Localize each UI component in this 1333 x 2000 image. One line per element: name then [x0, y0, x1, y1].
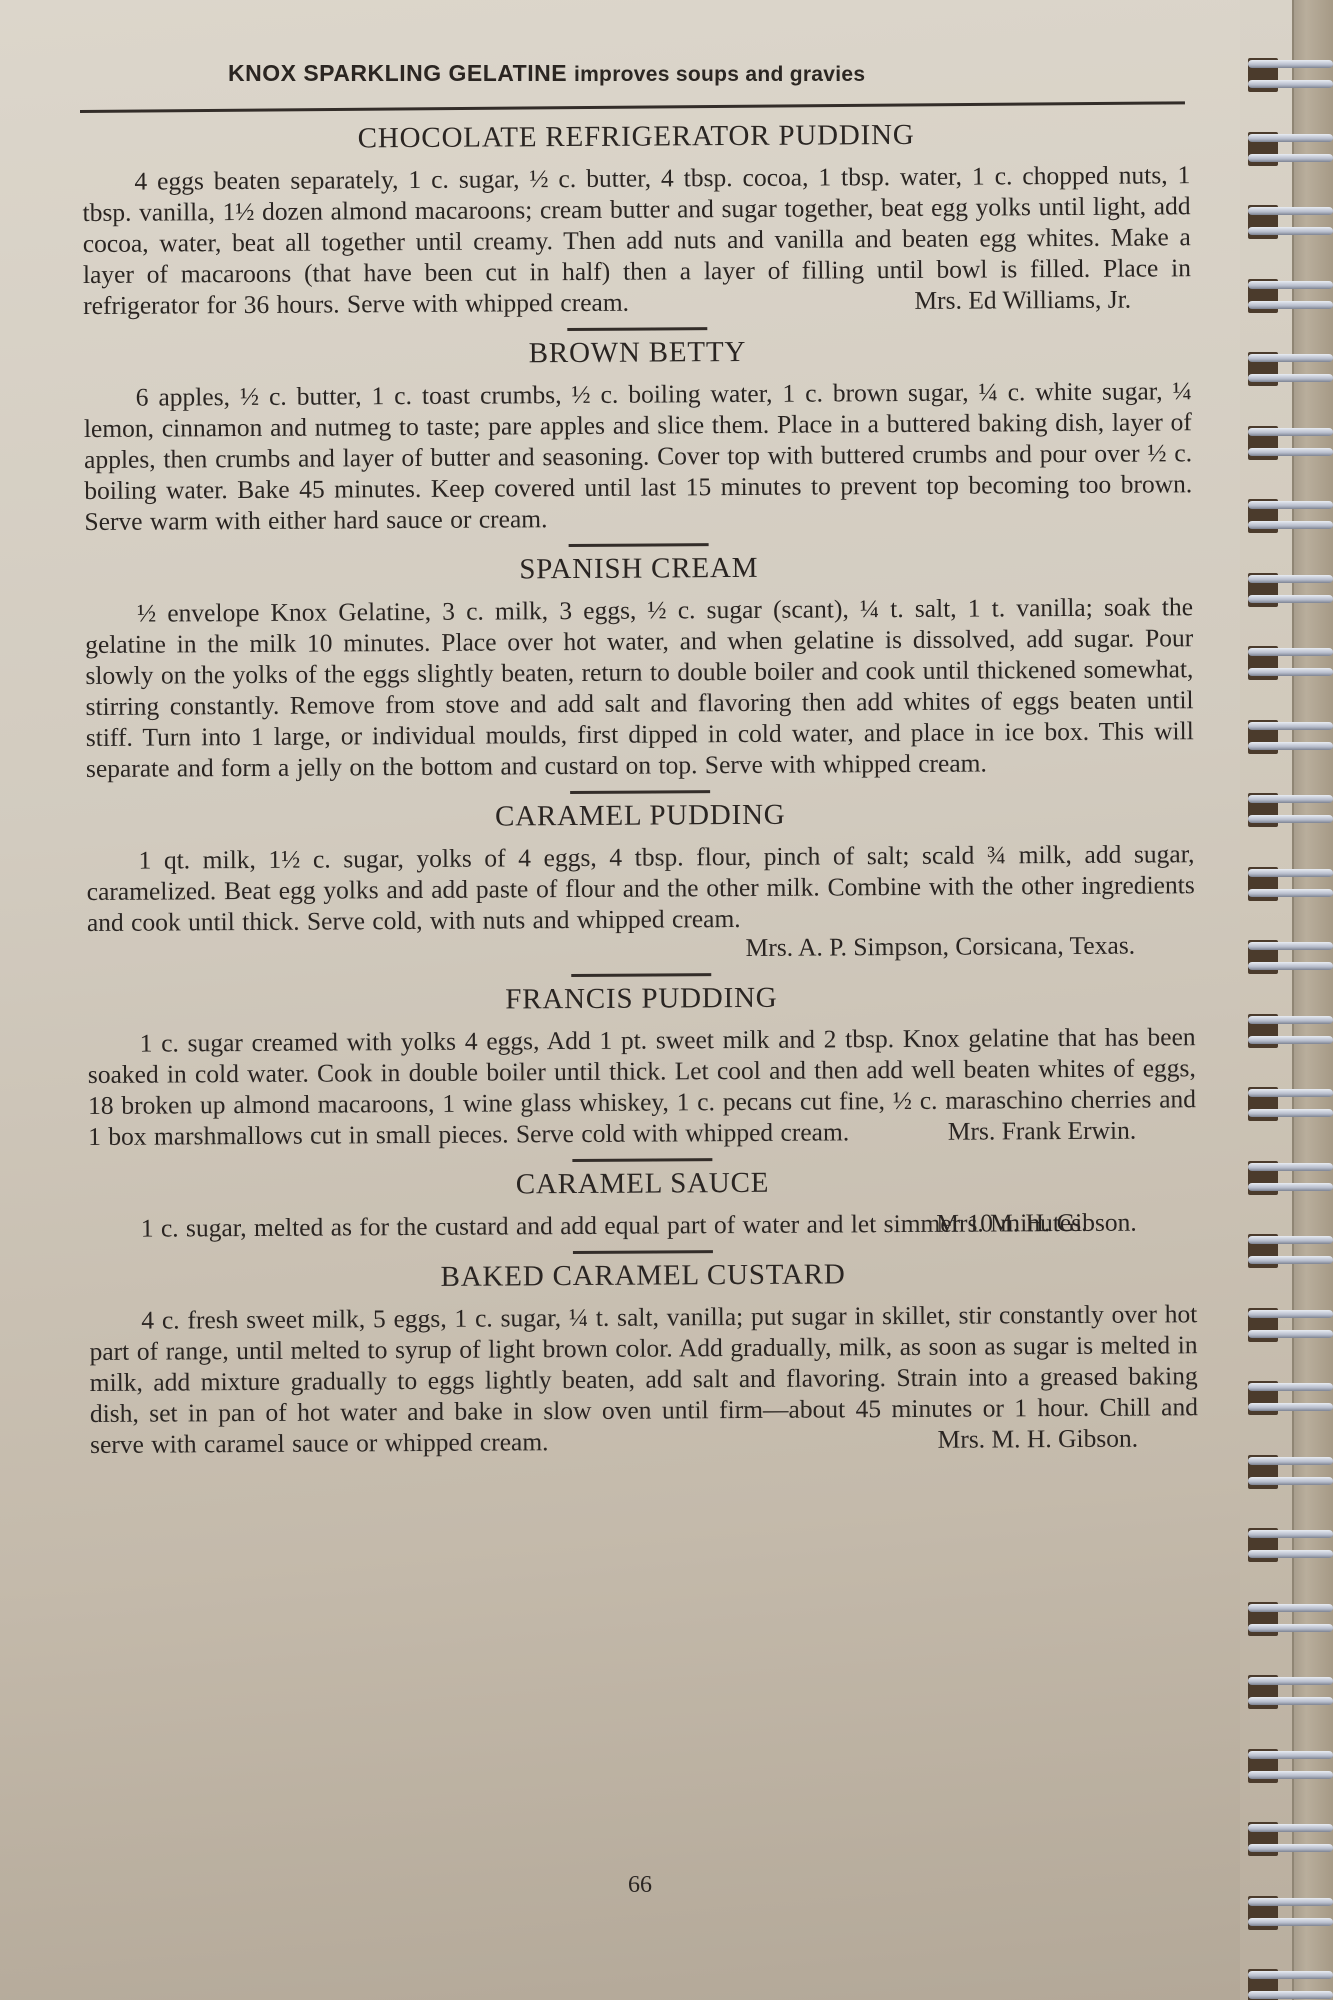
coil-wire	[1248, 1604, 1333, 1612]
recipe-divider	[569, 543, 709, 547]
recipe-caramel-pudding: CARAMEL PUDDING 1 qt. milk, 1½ c. sugar,…	[86, 794, 1195, 967]
coil-wire	[1248, 1677, 1333, 1685]
binding-coil	[1248, 132, 1333, 166]
recipe-title: FRANCIS PUDDING	[87, 977, 1195, 1020]
binding-coil	[1248, 58, 1333, 92]
binding-coil	[1248, 352, 1333, 386]
coil-wire	[1248, 815, 1333, 823]
recipe-brown-betty: BROWN BETTY 6 apples, ½ c. butter, 1 c. …	[83, 331, 1192, 537]
recipe-column: CHOCOLATE REFRIGERATOR PUDDING 4 eggs be…	[82, 111, 1198, 1460]
recipe-title: BROWN BETTY	[83, 331, 1191, 374]
recipe-divider	[573, 1250, 713, 1254]
coil-wire	[1248, 1697, 1333, 1705]
recipe-divider	[567, 327, 707, 331]
recipe-baked-caramel-custard: BAKED CARAMEL CUSTARD 4 c. fresh sweet m…	[89, 1254, 1198, 1460]
coil-wire	[1248, 648, 1333, 656]
binding-coil	[1248, 1014, 1333, 1048]
recipe-body: ½ envelope Knox Gelatine, 3 c. milk, 3 e…	[85, 591, 1194, 784]
recipe-divider	[570, 790, 710, 794]
coil-wire	[1248, 1236, 1333, 1244]
coil-wire	[1248, 1824, 1333, 1832]
coil-wire	[1248, 501, 1333, 509]
coil-wire	[1248, 1403, 1333, 1411]
binding-coil	[1248, 1528, 1333, 1562]
recipe-title: CARAMEL SAUCE	[88, 1162, 1196, 1205]
binding-coil	[1248, 1087, 1333, 1121]
coil-wire	[1248, 1310, 1333, 1318]
coil-wire	[1248, 1109, 1333, 1117]
binding-coil	[1248, 1234, 1333, 1268]
coil-wire	[1248, 1477, 1333, 1485]
coil-wire	[1248, 575, 1333, 583]
recipe-divider	[571, 973, 711, 977]
coil-wire	[1248, 354, 1333, 362]
coil-wire	[1248, 154, 1333, 162]
binding-coil	[1248, 1308, 1333, 1342]
coil-wire	[1248, 1089, 1333, 1097]
coil-wire	[1248, 1256, 1333, 1264]
coil-wire	[1248, 521, 1333, 529]
coil-wire	[1248, 668, 1333, 676]
binding-coil	[1248, 1749, 1333, 1783]
recipe-title: BAKED CARAMEL CUSTARD	[89, 1254, 1197, 1297]
coil-wire	[1248, 1550, 1333, 1558]
coil-wire	[1248, 1530, 1333, 1538]
binding-coil	[1248, 279, 1333, 313]
coil-wire	[1248, 1036, 1333, 1044]
recipe-body: 6 apples, ½ c. butter, 1 c. toast crumbs…	[84, 375, 1193, 537]
coil-wire	[1248, 1898, 1333, 1906]
binding-coil	[1248, 1969, 1333, 2000]
coil-wire	[1248, 1918, 1333, 1926]
binding-coil	[1248, 573, 1333, 607]
binding-coil	[1248, 205, 1333, 239]
running-head-tagline: improves soups and gravies	[574, 63, 865, 86]
binding-coil	[1248, 867, 1333, 901]
binding-coil	[1248, 1161, 1333, 1195]
coil-wire	[1248, 1383, 1333, 1391]
coil-wire	[1248, 1771, 1333, 1779]
coil-wire	[1248, 1330, 1333, 1338]
coil-wire	[1248, 281, 1333, 289]
coil-wire	[1248, 134, 1333, 142]
coil-wire	[1248, 227, 1333, 235]
binding-coil	[1248, 720, 1333, 754]
coil-wire	[1248, 60, 1333, 68]
coil-wire	[1248, 1751, 1333, 1759]
coil-wire	[1248, 1163, 1333, 1171]
binding-coil	[1248, 793, 1333, 827]
coil-wire	[1248, 722, 1333, 730]
binding-coil	[1248, 1381, 1333, 1415]
binding-coil	[1248, 499, 1333, 533]
binding-coil	[1248, 646, 1333, 680]
recipe-chocolate-refrigerator-pudding: CHOCOLATE REFRIGERATOR PUDDING 4 eggs be…	[82, 115, 1191, 321]
coil-wire	[1248, 1991, 1333, 1999]
coil-wire	[1248, 207, 1333, 215]
binding-coil	[1248, 1896, 1333, 1930]
recipe-title: CARAMEL PUDDING	[86, 794, 1194, 837]
binding-coil	[1248, 940, 1333, 974]
coil-wire	[1248, 742, 1333, 750]
coil-wire	[1248, 428, 1333, 436]
binding-coil	[1248, 1822, 1333, 1856]
running-head: KNOX SPARKLING GELATINE improves soups a…	[228, 60, 1088, 87]
recipe-francis-pudding: FRANCIS PUDDING 1 c. sugar creamed with …	[87, 977, 1196, 1152]
coil-wire	[1248, 869, 1333, 877]
running-head-brand: KNOX SPARKLING GELATINE	[228, 60, 567, 86]
recipe-title: SPANISH CREAM	[85, 547, 1193, 590]
recipe-spanish-cream: SPANISH CREAM ½ envelope Knox Gelatine, …	[85, 547, 1194, 784]
coil-wire	[1248, 1016, 1333, 1024]
coil-wire	[1248, 1844, 1333, 1852]
coil-wire	[1248, 1457, 1333, 1465]
coil-wire	[1248, 1624, 1333, 1632]
coil-wire	[1248, 1971, 1333, 1979]
coil-wire	[1248, 448, 1333, 456]
page-number: 66	[628, 1872, 652, 1899]
binding-coil	[1248, 1675, 1333, 1709]
coil-wire	[1248, 80, 1333, 88]
coil-wire	[1248, 595, 1333, 603]
coil-wire	[1248, 889, 1333, 897]
binding-coil	[1248, 426, 1333, 460]
binding-coil	[1248, 1602, 1333, 1636]
recipe-caramel-sauce: CARAMEL SAUCE 1 c. sugar, melted as for …	[88, 1162, 1196, 1244]
coil-wire	[1248, 301, 1333, 309]
recipe-divider	[572, 1158, 712, 1162]
coil-wire	[1248, 962, 1333, 970]
coil-wire	[1248, 374, 1333, 382]
recipe-title: CHOCOLATE REFRIGERATOR PUDDING	[82, 115, 1190, 158]
coil-wire	[1248, 795, 1333, 803]
coil-wire	[1248, 1183, 1333, 1191]
recipe-body: 1 qt. milk, 1½ c. sugar, yolks of 4 eggs…	[86, 838, 1195, 938]
binding-coil	[1248, 1455, 1333, 1489]
coil-wire	[1248, 942, 1333, 950]
